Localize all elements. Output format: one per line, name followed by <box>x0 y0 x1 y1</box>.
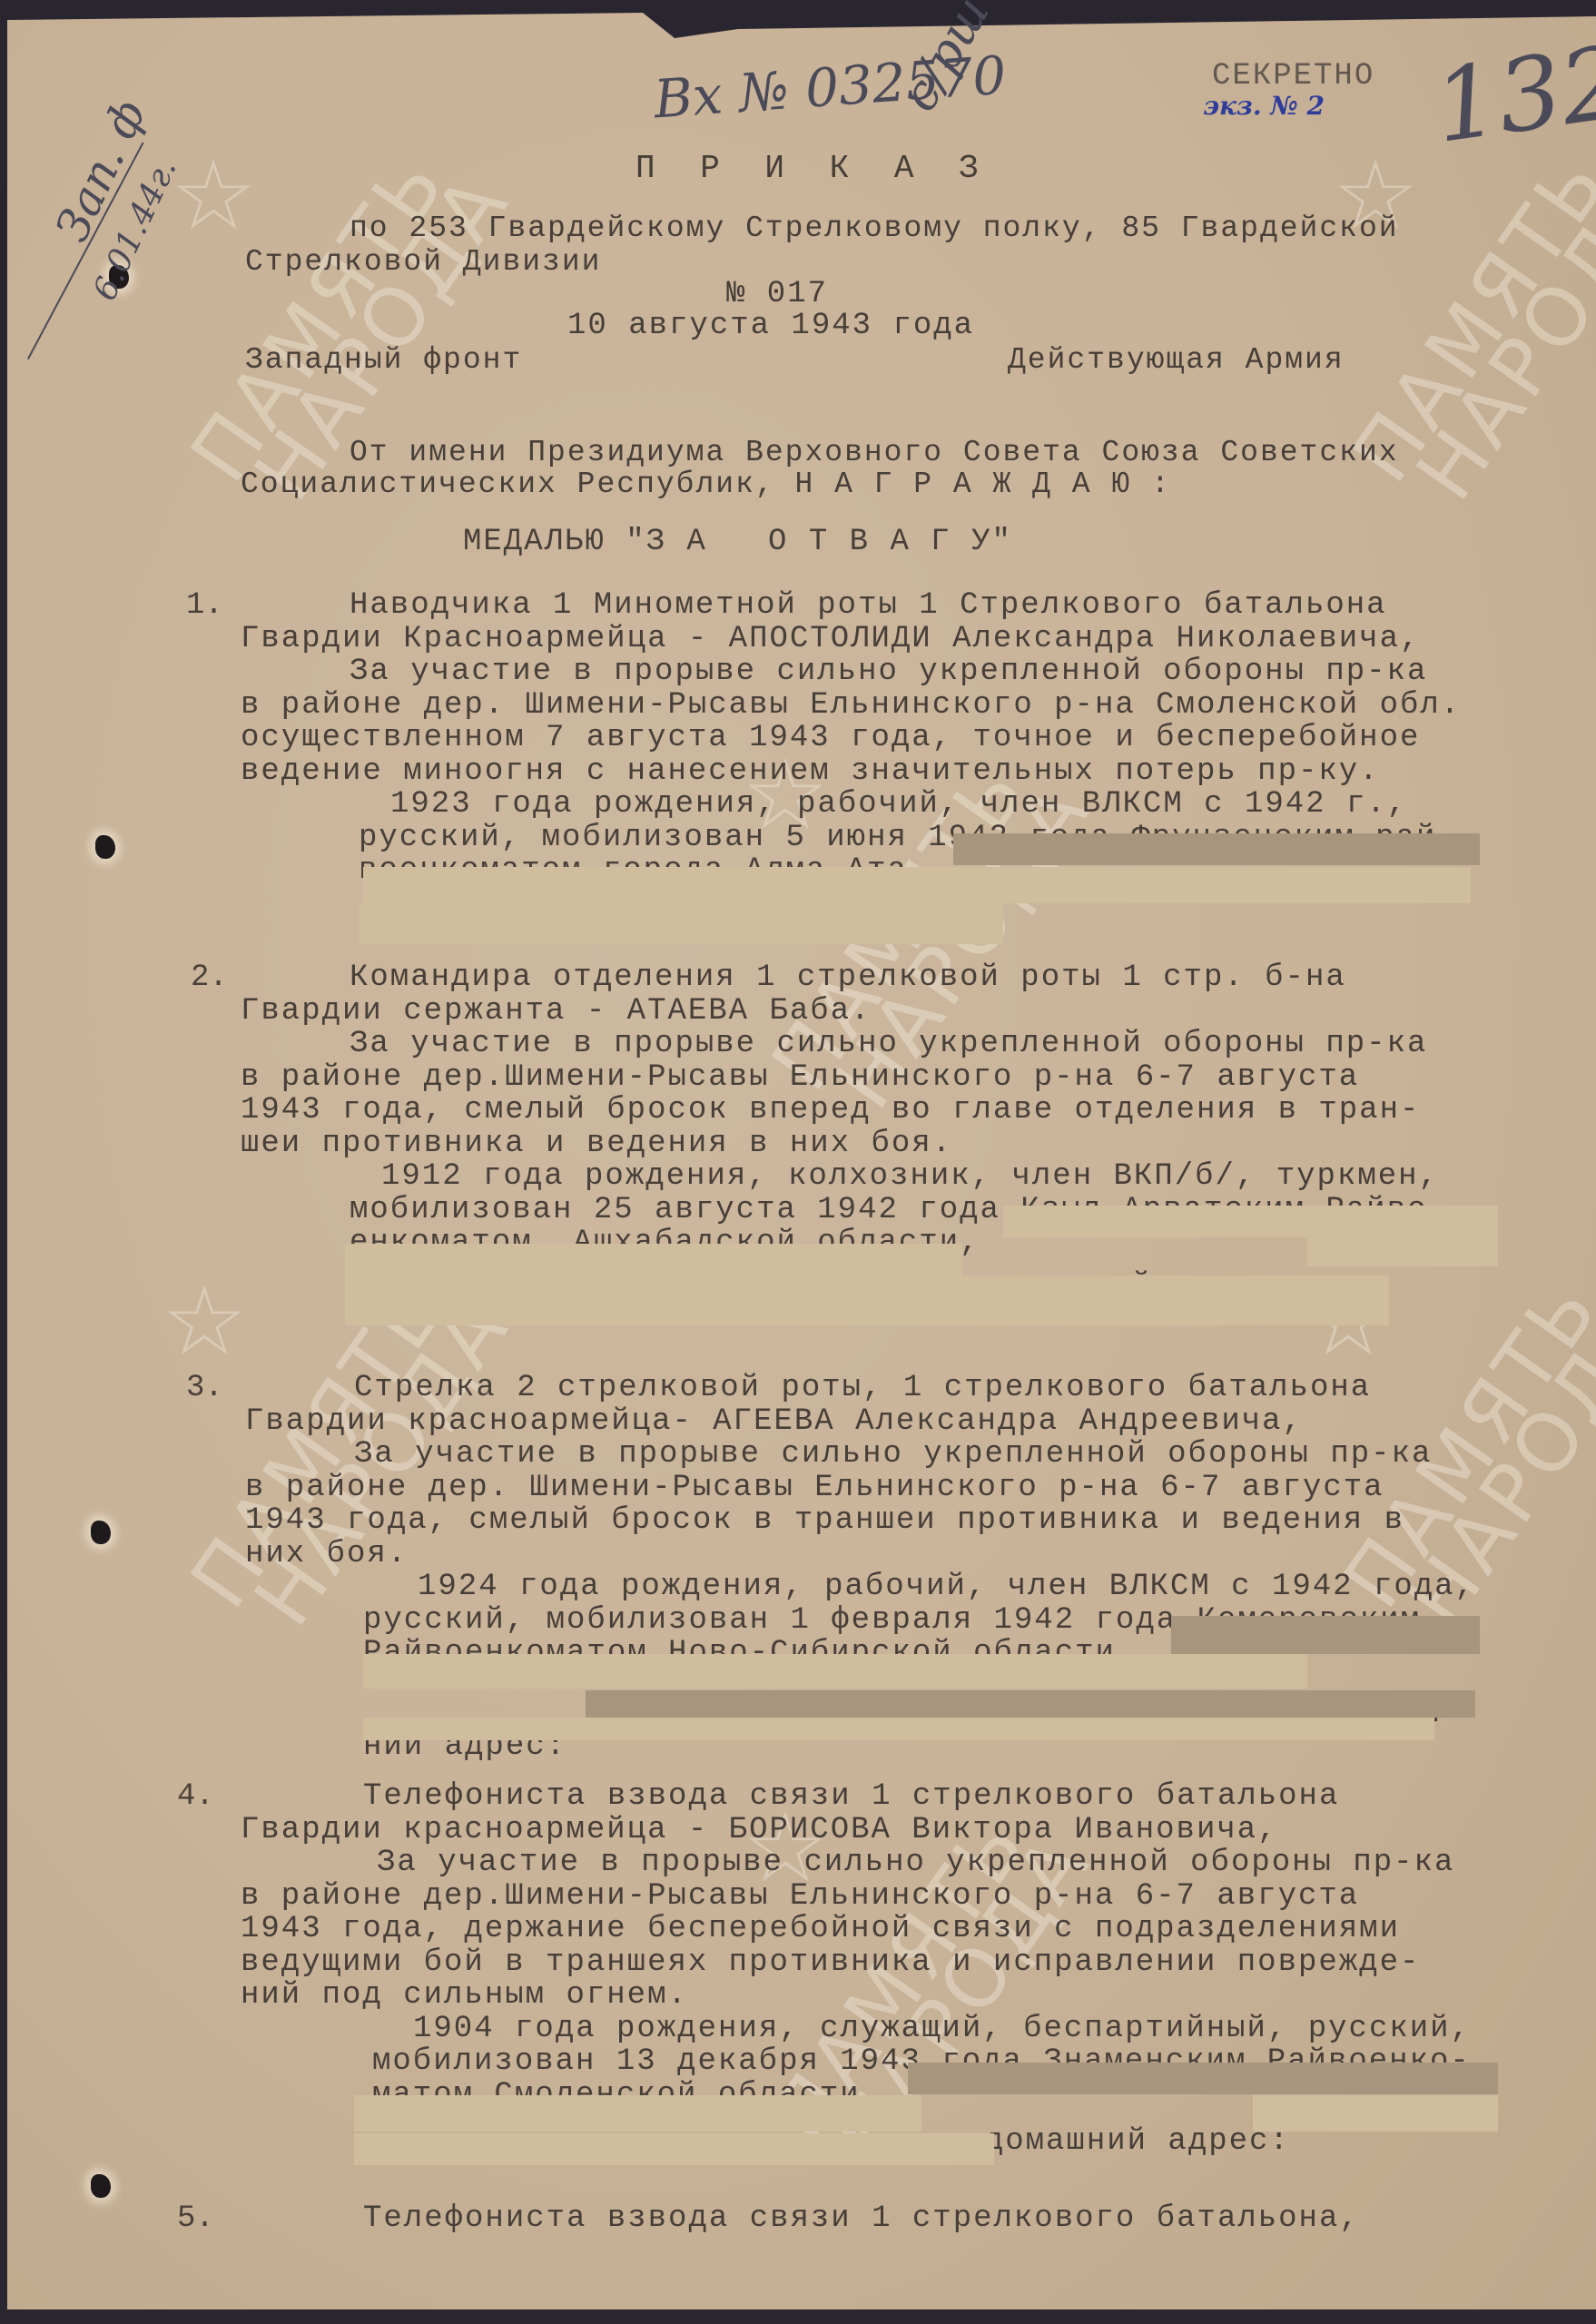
header-line-2: Стрелковой Дивизии <box>245 245 601 279</box>
entry-number: 5. <box>177 2201 214 2236</box>
entry-text-line: За участие в прорыве сильно укрепленной … <box>377 1846 1454 1880</box>
entry-text-line: Гвардии сержанта - АТАЕВА Баба. <box>241 994 872 1029</box>
redacted-block <box>363 1718 1434 1740</box>
entry-text-line: Командира отделения 1 стрелковой роты 1 … <box>350 960 1346 995</box>
entry-text-line: 1912 года рождения, колхозник, член ВКП/… <box>381 1159 1439 1194</box>
entry-text-line: них боя. <box>245 1537 408 1571</box>
entry-text-line: в районе дер.Шимени-Рысавы Ельнинского р… <box>241 1879 1359 1914</box>
entry-text-line: За участие в прорыве сильно укрепленной … <box>354 1437 1432 1472</box>
entry-text-line: Гвардии Красноармейца - АПОСТОЛИДИ Алекс… <box>241 622 1420 656</box>
entry-text-line: ний под сильным огнем. <box>241 1978 688 2013</box>
redacted-block <box>354 2095 921 2132</box>
front-name: Западный фронт <box>245 343 522 377</box>
redacted-block <box>908 2063 1498 2094</box>
preamble-line-2: Социалистических Республик, Н А Г Р А Ж … <box>241 468 1171 501</box>
entry-text-line: Телефониста взвода связи 1 стрелкового б… <box>363 1779 1339 1814</box>
entry-text-line: 1924 года рождения, рабочий, член ВЛКСМ … <box>418 1570 1475 1604</box>
entry-number: 1. <box>186 588 223 623</box>
punch-hole <box>91 2174 111 2198</box>
entry-text-line: Стрелка 2 стрелковой роты, 1 стрелкового… <box>354 1371 1371 1405</box>
entry-text-line: За участие в прорыве сильно укрепленной … <box>350 1027 1427 1061</box>
entry-number: 4. <box>177 1779 214 1814</box>
redacted-block <box>363 867 1471 903</box>
redacted-block <box>1171 1616 1480 1654</box>
redacted-block <box>345 1275 1389 1325</box>
preamble-line-1: От имени Президиума Верховного Совета Со… <box>350 436 1399 469</box>
entry-number: 3. <box>186 1371 223 1405</box>
header-line-1: по 253 Гвардейскому Стрелковому полку, 8… <box>350 212 1399 245</box>
entry-text-line: шеи противника и ведения в них боя. <box>241 1127 952 1161</box>
redacted-block <box>354 2133 994 2165</box>
redacted-block <box>953 833 1480 865</box>
watermark-star-icon: ☆ <box>172 127 254 263</box>
redacted-block <box>1307 1235 1498 1266</box>
entry-text-line: За участие в прорыве сильно укрепленной … <box>350 655 1427 689</box>
redacted-block <box>359 903 1003 944</box>
entry-text-line: Гвардии красноармейца- АГЕЕВА Александра… <box>245 1404 1303 1439</box>
order-date: 10 августа 1943 года <box>567 309 974 343</box>
entry-number: 2. <box>191 960 228 995</box>
entry-text-line: в районе дер.Шимени-Рысавы Ельнинского р… <box>241 1060 1359 1095</box>
punch-hole <box>91 1521 111 1544</box>
watermark-star-icon: ☆ <box>163 1253 245 1389</box>
redacted-block <box>363 1654 1307 1689</box>
entry-text-line: 1904 года рождения, служащий, беспартийн… <box>413 2012 1471 2046</box>
entry-text-line: в районе дер. Шимени-Рысавы Ельнинского … <box>241 688 1461 723</box>
order-number: № 017 <box>726 277 828 311</box>
award-title: МЕДАЛЬЮ "З А О Т В А Г У" <box>463 525 1012 559</box>
entry-text-line: Наводчика 1 Минометной роты 1 Стрелковог… <box>350 588 1387 623</box>
entry-text-line: 1943 года, держание бесперебойной связи … <box>241 1912 1400 1946</box>
redacted-block <box>1003 1206 1498 1237</box>
entry-text-line: 1943 года, смелый бросок в траншеи проти… <box>245 1503 1404 1538</box>
redacted-block <box>1253 2095 1498 2132</box>
army-name: Действующая Армия <box>1008 343 1345 377</box>
redacted-block <box>586 1690 1475 1718</box>
copy-note-handwritten: экз. № 2 <box>1203 91 1325 121</box>
classification-stamp: СЕКРЕТНО <box>1212 59 1374 94</box>
entry-text-line: осуществленном 7 августа 1943 года, точн… <box>241 721 1420 755</box>
document-title: П Р И К А З <box>635 150 991 187</box>
entry-text-line: 1923 года рождения, рабочий, член ВЛКСМ … <box>390 787 1407 822</box>
entry-text-line: Телефониста взвода связи 1 стрелкового б… <box>363 2201 1360 2236</box>
entry-text-line: ведущими бой в траншеях противника и исп… <box>241 1945 1420 1980</box>
entry-text-line: Гвардии красноармейца - БОРИСОВА Виктора… <box>241 1813 1278 1847</box>
redacted-block <box>345 1244 962 1275</box>
punch-hole <box>95 835 115 859</box>
entry-text-line: , домашний адрес: <box>944 2124 1290 2159</box>
entry-text-line: ведение миноогня с нанесением значительн… <box>241 754 1380 789</box>
entry-text-line: в районе дер. Шимени-Рысавы Ельнинского … <box>245 1471 1384 1505</box>
entry-text-line: 1943 года, смелый бросок вперед во главе… <box>241 1093 1420 1128</box>
